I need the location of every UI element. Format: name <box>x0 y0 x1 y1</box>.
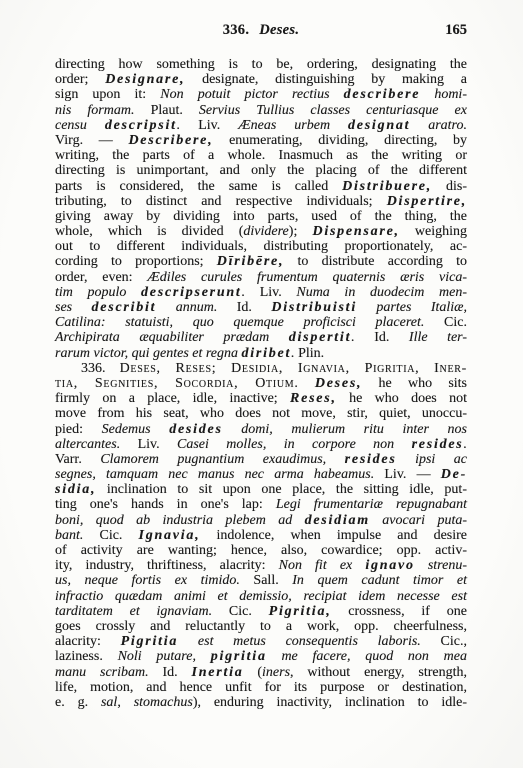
running-head-section-number: 336. <box>223 22 250 38</box>
text-run: pied: <box>55 422 102 437</box>
text-run: Liv. <box>180 118 238 133</box>
text-run: Cic., <box>421 634 467 649</box>
text-run: Ædiles curules frumentum quaternis æris … <box>147 270 467 285</box>
text-run: inclination to sit upon one place, the s… <box>96 482 467 497</box>
text-run: Plin. <box>295 346 325 361</box>
text-run: Dispertire, <box>387 194 467 209</box>
text-run: Sall. <box>240 573 292 588</box>
text-run: descripsit <box>105 118 177 133</box>
text-line: firmly on a place, idle, inactive; Reses… <box>55 391 467 406</box>
text-run: Non potuit pictor rectius <box>160 87 343 102</box>
text-run: order; <box>55 72 105 87</box>
text-run: altercantes. <box>55 437 120 452</box>
text-run: strenu- <box>415 558 467 573</box>
text-run: descripserunt <box>141 285 242 300</box>
text-run <box>299 376 315 391</box>
text-run: Varr. <box>55 452 100 467</box>
text-line: tia, Segnities, Socordia, Otium. Deses, … <box>55 376 467 391</box>
text-run: desidiam <box>305 513 370 528</box>
text-run: ses <box>55 300 92 315</box>
text-run: rarum victor, qui gentes et regna <box>55 346 242 361</box>
running-head-center: 336.Deses. <box>55 22 467 39</box>
text-run: tim populo <box>55 285 141 300</box>
text-run: Cic. <box>83 528 138 543</box>
text-run: dividere <box>243 224 288 239</box>
text-line: e. g. sal, stomachus), enduring inactivi… <box>55 695 467 710</box>
text-line: parts is considered, the same is called … <box>55 179 467 194</box>
text-run: domi, mulierum ritu inter nos <box>223 422 467 437</box>
text-run: alacrity: <box>55 634 121 649</box>
text-run: describere <box>344 87 421 102</box>
text-line: life, motion, and hence unfit for its pu… <box>55 680 467 695</box>
text-line: order; Designare, designate, distinguish… <box>55 72 467 87</box>
text-run: Pigritia, <box>269 604 332 619</box>
text-run: iners <box>262 665 290 680</box>
text-run: ting one's hands in one's lap: <box>55 497 276 512</box>
text-run: Liv. <box>120 437 177 452</box>
text-line: nis formam. Plaut. Servius Tullius class… <box>55 103 467 118</box>
text-line: whole, which is divided (dividere); Disp… <box>55 224 467 239</box>
text-line: writing, the parts of a whole. Inasmuch … <box>55 148 467 163</box>
text-run: Ignavia, <box>139 528 201 543</box>
text-run: homi- <box>420 87 467 102</box>
text-run: us, neque fortis ex timido. <box>55 573 240 588</box>
text-run: Servius Tullius classes centuriasque ex <box>199 103 467 118</box>
text-run: boni, quod ab industria plebem ad <box>55 513 305 528</box>
text-line: directing is unimportant, and only the p… <box>55 163 467 178</box>
text-run: Dīribēre, <box>217 254 284 269</box>
text-run: aratro. <box>410 118 467 133</box>
paragraph: 336. Deses, Reses; Desidia, Ignavia, Pig… <box>55 361 467 710</box>
text-run: Distribuere, <box>342 179 432 194</box>
text-run: Reses, <box>290 391 337 406</box>
text-line: giving away by dividing into parts, used… <box>55 209 467 224</box>
text-line: Archipirata æquabiliter prædam dispertit… <box>55 330 467 345</box>
text-line: censu descripsit. Liv. Æneas urbem desig… <box>55 118 467 133</box>
text-run: move from his seat, who does not move, s… <box>55 406 467 421</box>
text-run: giving away by dividing into parts, used… <box>55 209 467 224</box>
text-run: diribet <box>242 346 292 361</box>
text-run: whole, which is divided ( <box>55 224 243 239</box>
text-run: sidia, <box>55 482 96 497</box>
text-run: he who sits <box>362 376 467 391</box>
text-run: resides <box>412 437 464 452</box>
text-run: weighing <box>400 224 467 239</box>
text-run: stomachus <box>134 695 193 710</box>
text-run: avocari puta- <box>370 513 467 528</box>
text-run: Non fit ex <box>279 558 366 573</box>
text-run: firmly on a place, idle, inactive; <box>55 391 290 406</box>
text-line: ses describit annum. Id. Distribuisti pa… <box>55 300 467 315</box>
text-line: tim populo descripserunt. Liv. Numa in d… <box>55 285 467 300</box>
text-run: Ille ter- <box>409 330 467 345</box>
text-line: move from his seat, who does not move, s… <box>55 406 467 421</box>
text-run: Dispensare, <box>312 224 399 239</box>
text-run: tarditatem et ignaviam. <box>55 604 212 619</box>
text-run: dis- <box>432 179 467 194</box>
text-line: alacrity: Pigritia est metus consequenti… <box>55 634 467 649</box>
running-head: 336.Deses. 165 <box>55 22 467 40</box>
text-run: Liv. <box>245 285 296 300</box>
text-run: describit <box>92 300 157 315</box>
text-run: 336. <box>81 361 120 376</box>
text-run: De- <box>441 467 467 482</box>
text-line: laziness. Noli putare, pigritia me facer… <box>55 649 467 664</box>
text-run: est metus consequentis laboris. <box>178 634 421 649</box>
text-run: annum. <box>156 300 217 315</box>
text-run: cording to proportions; <box>55 254 217 269</box>
text-run: desides <box>169 422 222 437</box>
text-run: ( <box>243 665 262 680</box>
text-run: Id. <box>149 665 192 680</box>
text-run: Sedemus <box>102 422 170 437</box>
text-run: ipsi ac <box>397 452 467 467</box>
text-line: of activity are wanting; hence, also, co… <box>55 543 467 558</box>
text-run: . <box>464 437 468 452</box>
text-run: ignavo <box>365 558 414 573</box>
text-run: of activity are wanting; hence, also, co… <box>55 543 467 558</box>
text-run: Cic. <box>212 604 269 619</box>
paragraph: directing how something is to be, orderi… <box>55 57 467 361</box>
text-run: In quem cadunt timor et <box>292 573 467 588</box>
text-run: Deses, <box>315 376 362 391</box>
text-run: order, even: <box>55 270 147 285</box>
text-run: Cic. <box>424 315 467 330</box>
text-run: , <box>117 695 133 710</box>
text-run: Legi frumentariæ repugnabant <box>276 497 467 512</box>
text-run: e. g. <box>55 695 101 710</box>
text-run: Casei molles, in corpore non <box>177 437 412 452</box>
text-run: writing, the parts of a whole. Inasmuch … <box>55 148 467 163</box>
text-line: goes crossly and reluctantly to a work, … <box>55 619 467 634</box>
text-run: bant. <box>55 528 83 543</box>
text-run: dispertit <box>289 330 351 345</box>
text-line: infractio quædam animi et demissio, reci… <box>55 589 467 604</box>
text-run: nis formam. <box>55 103 134 118</box>
text-line: bant. Cic. Ignavia, indolence, when impu… <box>55 528 467 543</box>
text-line: tarditatem et ignaviam. Cic. Pigritia, c… <box>55 604 467 619</box>
text-run: Virg. — <box>55 133 128 148</box>
text-line: sign upon it: Non potuit pictor rectius … <box>55 87 467 102</box>
text-run: Noli putare, <box>118 649 211 664</box>
text-run: sal <box>101 695 117 710</box>
text-run: designat <box>348 118 410 133</box>
text-run: parts is considered, the same is called <box>55 179 342 194</box>
text-run: Id. <box>355 330 409 345</box>
text-line: boni, quod ab industria plebem ad desidi… <box>55 513 467 528</box>
running-head-title: Deses. <box>259 22 299 38</box>
text-run: Æneas urbem <box>238 118 348 133</box>
text-run: laziness. <box>55 649 118 664</box>
text-run: he who does not <box>337 391 467 406</box>
text-line: pied: Sedemus desides domi, mulierum rit… <box>55 422 467 437</box>
text-run: Numa in duodecim men- <box>296 285 467 300</box>
text-line: cording to proportions; Dīribēre, to dis… <box>55 254 467 269</box>
text-run: sign upon it: <box>55 87 160 102</box>
text-line: altercantes. Liv. Casei molles, in corpo… <box>55 437 467 452</box>
text-run: out to different individuals, distributi… <box>55 239 467 254</box>
text-run: Id. <box>217 300 271 315</box>
text-run: , without energy, strength, <box>290 665 467 680</box>
text-run: directing is unimportant, and only the p… <box>55 163 467 178</box>
text-run: life, motion, and hence unfit for its pu… <box>55 680 467 695</box>
text-line: directing how something is to be, orderi… <box>55 57 467 72</box>
text-run: segnes, tamquam nec manus nec arma habea… <box>55 467 374 482</box>
text-line: sidia, inclination to sit upon one place… <box>55 482 467 497</box>
text-run: Deses, Reses; Desidia, Ignavia, Pigritia… <box>120 361 467 376</box>
text-run: to distribute according to <box>284 254 467 269</box>
text-run: ity, industry, thriftiness, alacrity: <box>55 558 279 573</box>
text-run: partes Italiæ, <box>357 300 467 315</box>
text-line: manu scribam. Id. Inertia (iners, withou… <box>55 665 467 680</box>
text-block: directing how something is to be, orderi… <box>55 57 467 710</box>
text-line: tributing, to distinct and respective in… <box>55 194 467 209</box>
text-run: Describere, <box>128 133 213 148</box>
text-line: Varr. Clamorem pugnantium exaudimus, res… <box>55 452 467 467</box>
text-run: Clamorem pugnantium exaudimus, <box>100 452 344 467</box>
text-run: designate, distinguishing by making a <box>185 72 467 87</box>
book-page: 336.Deses. 165 directing how something i… <box>0 0 523 768</box>
text-run: me facere, quod non mea <box>267 649 467 664</box>
text-run: Distribuisti <box>271 300 357 315</box>
text-line: us, neque fortis ex timido. Sall. In que… <box>55 573 467 588</box>
page-number: 165 <box>445 22 467 39</box>
text-line: ity, industry, thriftiness, alacrity: No… <box>55 558 467 573</box>
text-line: Virg. — Describere, enumerating, dividin… <box>55 133 467 148</box>
text-run: enumerating, dividing, directing, by <box>213 133 467 148</box>
text-run: ); <box>289 224 313 239</box>
text-line: ting one's hands in one's lap: Legi frum… <box>55 497 467 512</box>
text-run: manu scribam. <box>55 665 149 680</box>
text-line: Catilina: statuisti, quo quemque profici… <box>55 315 467 330</box>
text-line: rarum victor, qui gentes et regna diribe… <box>55 346 467 361</box>
text-run: Catilina: statuisti, quo quemque profici… <box>55 315 424 330</box>
text-run: infractio quædam animi et demissio, reci… <box>55 589 467 604</box>
text-run: Plaut. <box>134 103 198 118</box>
text-run: Pigritia <box>121 634 179 649</box>
text-line: order, even: Ædiles curules frumentum qu… <box>55 270 467 285</box>
text-line: segnes, tamquam nec manus nec arma habea… <box>55 467 467 482</box>
text-run: Inertia <box>192 665 244 680</box>
text-run: resides <box>345 452 397 467</box>
text-run: goes crossly and reluctantly to a work, … <box>55 619 467 634</box>
text-run: tributing, to distinct and respective in… <box>55 194 387 209</box>
text-run: indolence, when impulse and desire <box>200 528 467 543</box>
text-run: pigritia <box>211 649 267 664</box>
text-run: crossness, if one <box>331 604 467 619</box>
text-run: Archipirata æquabiliter prædam <box>55 330 289 345</box>
text-run: directing how something is to be, orderi… <box>55 57 467 72</box>
text-run: Designare, <box>105 72 185 87</box>
text-run: censu <box>55 118 105 133</box>
text-run: Liv. — <box>374 467 441 482</box>
text-line: out to different individuals, distributi… <box>55 239 467 254</box>
text-run: tia, Segnities, Socordia, Otium. <box>55 376 299 391</box>
text-run: ), enduring inactivity, inclination to i… <box>193 695 467 710</box>
text-line: 336. Deses, Reses; Desidia, Ignavia, Pig… <box>55 361 467 376</box>
